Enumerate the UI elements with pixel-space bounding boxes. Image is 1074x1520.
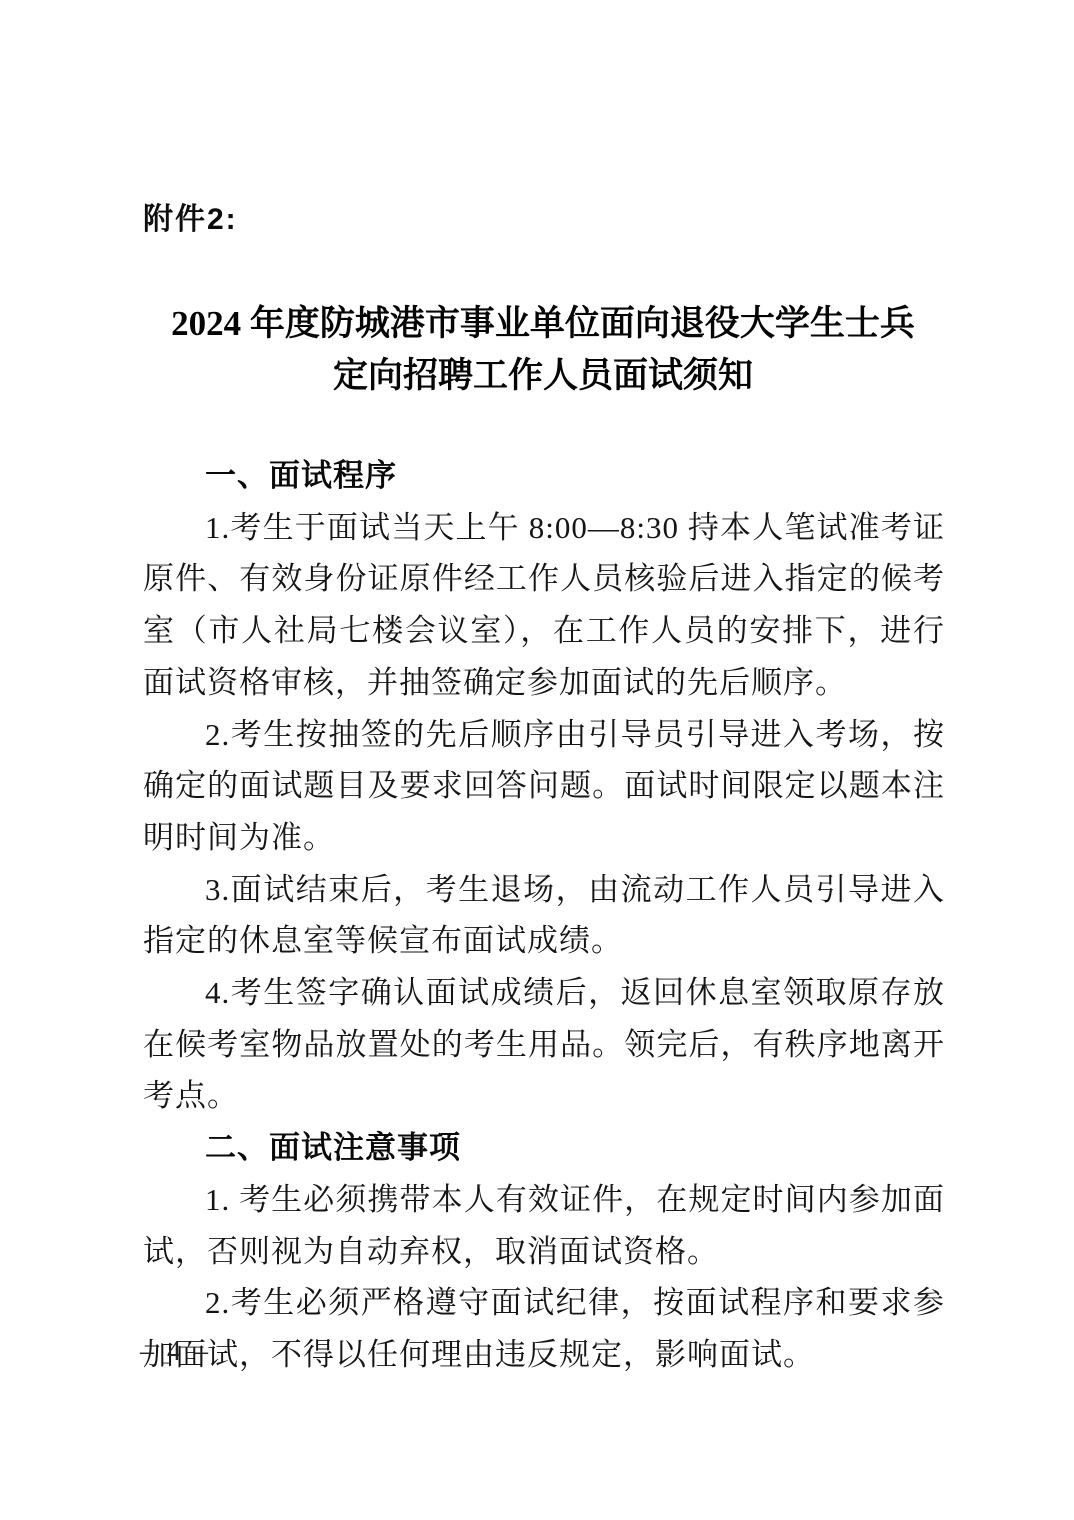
page-number: – 4 – (140, 1336, 211, 1368)
section-1-paragraph-4: 4.考生签字确认面试成绩后，返回休息室领取原存放在候考室物品放置处的考生用品。领… (143, 967, 945, 1122)
title-line-1: 2024 年度防城港市事业单位面向退役大学生士兵 (137, 298, 949, 350)
document-title: 2024 年度防城港市事业单位面向退役大学生士兵 定向招聘工作人员面试须知 (137, 298, 949, 402)
title-line-2: 定向招聘工作人员面试须知 (137, 350, 949, 402)
section-1-paragraph-2: 2.考生按抽签的先后顺序由引导员引导进入考场，按确定的面试题目及要求回答问题。面… (143, 709, 945, 864)
section-2-paragraph-1: 1. 考生必须携带本人有效证件，在规定时间内参加面试，否则视为自动弃权，取消面试… (143, 1174, 945, 1277)
section-2-paragraph-2: 2.考生必须严格遵守面试纪律，按面试程序和要求参加面试，不得以任何理由违反规定，… (143, 1277, 945, 1380)
document-page: 附件2: 2024 年度防城港市事业单位面向退役大学生士兵 定向招聘工作人员面试… (0, 0, 1074, 1520)
section-1-paragraph-1: 1.考生于面试当天上午 8:00—8:30 持本人笔试准考证原件、有效身份证原件… (143, 502, 945, 709)
document-body: 一、面试程序 1.考生于面试当天上午 8:00—8:30 持本人笔试准考证原件、… (143, 450, 945, 1381)
attachment-label: 附件2: (143, 194, 238, 238)
section-2-heading: 二、面试注意事项 (143, 1122, 945, 1174)
section-1-paragraph-3: 3.面试结束后，考生退场，由流动工作人员引导进入指定的休息室等候宣布面试成绩。 (143, 864, 945, 967)
section-1-heading: 一、面试程序 (143, 450, 945, 502)
